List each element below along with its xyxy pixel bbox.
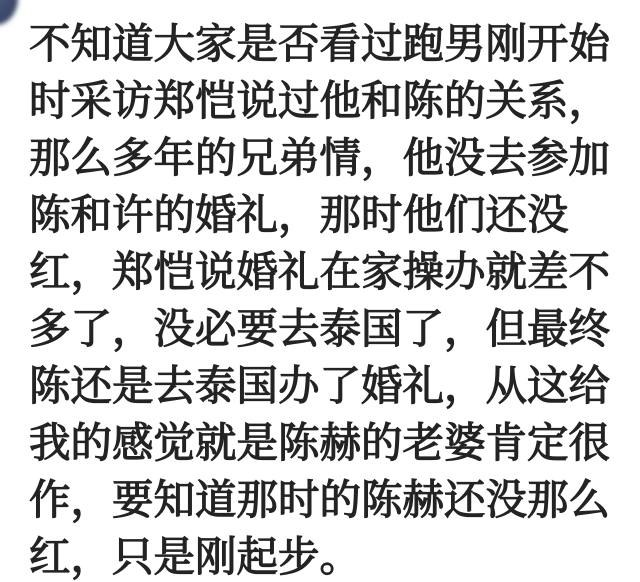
paragraph-line: 陈和许的婚礼，那时他们还没 <box>29 186 625 243</box>
paragraph-line: 作，要知道那时的陈赫还没那么 <box>29 471 625 528</box>
paragraph-line: 多了，没必要去泰国了，但最终 <box>29 300 625 357</box>
paragraph-line: 红，只是刚起步。 <box>29 528 625 582</box>
paragraph-line: 红，郑恺说婚礼在家操办就差不 <box>29 243 625 300</box>
text-post-image: 不知道大家是否看过跑男刚开始 时采访郑恺说过他和陈的关系， 那么多年的兄弟情，他… <box>0 0 640 582</box>
paragraph-line: 那么多年的兄弟情，他没去参加 <box>29 129 625 186</box>
post-text-block: 不知道大家是否看过跑男刚开始 时采访郑恺说过他和陈的关系， 那么多年的兄弟情，他… <box>29 15 625 582</box>
paragraph-line: 时采访郑恺说过他和陈的关系， <box>29 72 625 129</box>
paragraph-line: 不知道大家是否看过跑男刚开始 <box>29 15 625 72</box>
paragraph-line: 我的感觉就是陈赫的老婆肯定很 <box>29 414 625 471</box>
corner-avatar-fragment <box>0 0 18 25</box>
paragraph-line: 陈还是去泰国办了婚礼，从这给 <box>29 357 625 414</box>
